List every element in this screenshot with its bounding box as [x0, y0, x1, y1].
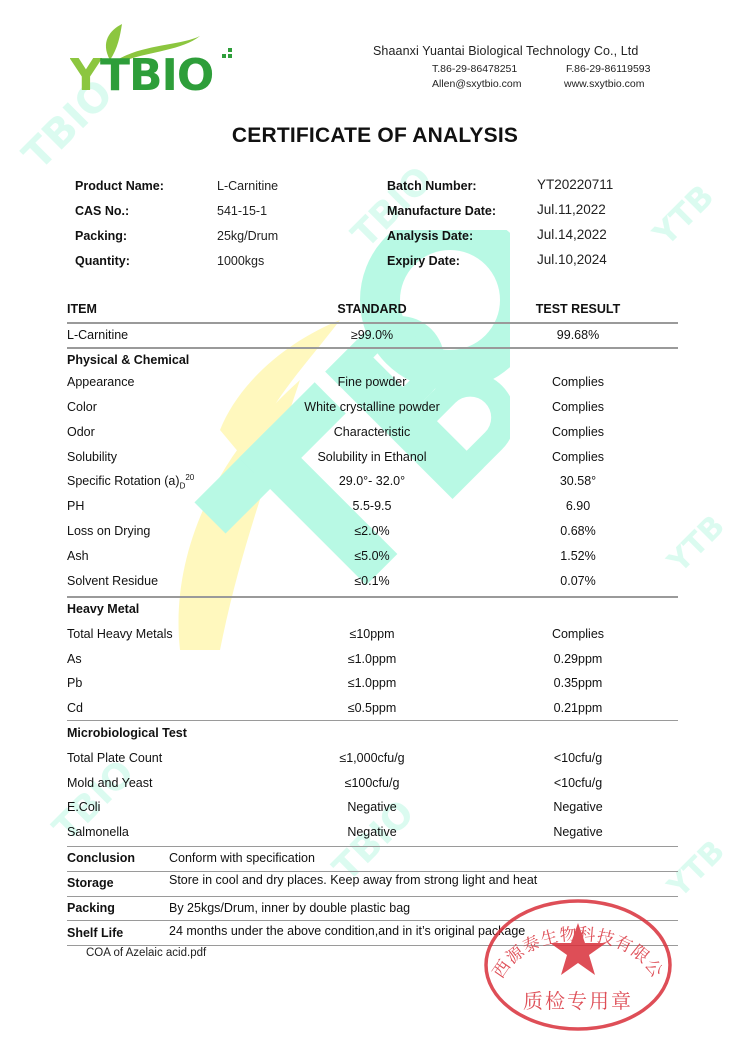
- conclusion-value: Conform with specification: [169, 851, 315, 865]
- cell-item: Mold and Yeast: [67, 776, 153, 790]
- table-row: ColorWhite crystalline powderComplies: [67, 400, 678, 425]
- cell-result: <10cfu/g: [497, 776, 659, 790]
- cell-item: As: [67, 652, 82, 666]
- attached-filename[interactable]: COA of Azelaic acid.pdf: [86, 947, 206, 959]
- cell-standard: Negative: [272, 800, 472, 814]
- cell-item: Cd: [67, 701, 83, 715]
- header-item: ITEM: [67, 302, 97, 316]
- cell-result: Complies: [497, 425, 659, 439]
- table-row: Loss on Drying≤2.0%0.68%: [67, 524, 678, 549]
- cell-item: Salmonella: [67, 825, 129, 839]
- cell-result: 99.68%: [497, 328, 659, 342]
- table-row: OdorCharacteristicComplies: [67, 425, 678, 450]
- table-rule: [67, 720, 678, 721]
- table-row: Ash≤5.0%1.52%: [67, 549, 678, 574]
- table-rule: [67, 846, 678, 847]
- table-rule: [67, 347, 678, 349]
- cell-result: Negative: [497, 800, 659, 814]
- table-row: Pb≤1.0ppm0.35ppm: [67, 676, 678, 701]
- stamp-inner-text: 质检专用章: [523, 989, 633, 1013]
- cell-result: Complies: [497, 627, 659, 641]
- cell-result: Negative: [497, 825, 659, 839]
- table-row: E.ColiNegativeNegative: [67, 800, 678, 825]
- section-heavy-metal: Heavy Metal: [67, 602, 139, 616]
- table-row: Total Heavy Metals≤10ppmComplies: [67, 627, 678, 652]
- cell-result: Complies: [497, 450, 659, 464]
- section-title: Microbiological Test: [67, 726, 678, 751]
- cell-item: Loss on Drying: [67, 524, 150, 538]
- cell-standard: ≤10ppm: [272, 627, 472, 641]
- cell-item: L-Carnitine: [67, 328, 128, 342]
- header-test-result: TEST RESULT: [497, 302, 659, 316]
- cell-item-text: Specific Rotation (a): [67, 474, 180, 488]
- storage-value: Store in cool and dry places. Keep away …: [169, 873, 537, 887]
- cell-standard: Fine powder: [272, 375, 472, 389]
- table-row: Total Plate Count≤1,000cfu/g<10cfu/g: [67, 751, 678, 776]
- cell-result: 30.58°: [497, 474, 659, 488]
- cell-item: Solubility: [67, 450, 117, 464]
- cell-result: 0.07%: [497, 574, 659, 588]
- table-rule: [67, 596, 678, 598]
- cell-standard: Characteristic: [272, 425, 472, 439]
- packing-footer-label: Packing: [67, 901, 115, 915]
- cell-item: Pb: [67, 676, 82, 690]
- cell-result: 0.29ppm: [497, 652, 659, 666]
- cell-item: Specific Rotation (a)D20: [67, 474, 194, 488]
- svg-text:陕西源泰生物科技有限公司: 陕西源泰生物科技有限公司: [478, 893, 667, 982]
- cell-item: Total Plate Count: [67, 751, 162, 765]
- cell-item: Total Heavy Metals: [67, 627, 173, 641]
- cell-item: E.Coli: [67, 800, 100, 814]
- star-icon: [550, 923, 606, 975]
- cell-standard: 29.0°- 32.0°: [272, 474, 472, 488]
- cell-result: Complies: [497, 400, 659, 414]
- cell-result: 0.21ppm: [497, 701, 659, 715]
- shelf-life-value: 24 months under the above condition,and …: [169, 924, 525, 938]
- cell-standard: ≤100cfu/g: [272, 776, 472, 790]
- cell-standard: ≤2.0%: [272, 524, 472, 538]
- cell-standard: Negative: [272, 825, 472, 839]
- cell-result: 1.52%: [497, 549, 659, 563]
- cell-result: Complies: [497, 375, 659, 389]
- table-row: Specific Rotation (a)D2029.0°- 32.0°30.5…: [67, 474, 678, 499]
- shelf-life-label: Shelf Life: [67, 926, 123, 940]
- cell-item: Solvent Residue: [67, 574, 158, 588]
- cell-result: 6.90: [497, 499, 659, 513]
- table-row: AppearanceFine powderComplies: [67, 375, 678, 400]
- cell-standard: ≤1,000cfu/g: [272, 751, 472, 765]
- cell-item-subscript: D: [180, 482, 186, 491]
- cell-standard: Solubility in Ethanol: [272, 450, 472, 464]
- table-row-assay: L-Carnitine ≥99.0% 99.68%: [67, 328, 678, 353]
- cell-standard: ≥99.0%: [272, 328, 472, 342]
- cell-item: Color: [67, 400, 97, 414]
- cell-standard: ≤1.0ppm: [272, 652, 472, 666]
- cell-item: Appearance: [67, 375, 134, 389]
- cell-item: Odor: [67, 425, 95, 439]
- table-rule: [67, 871, 678, 872]
- table-rule: [67, 322, 678, 324]
- cell-standard: ≤1.0ppm: [272, 676, 472, 690]
- table-row: As≤1.0ppm0.29ppm: [67, 652, 678, 677]
- cell-item: PH: [67, 499, 84, 513]
- cell-standard: White crystalline powder: [272, 400, 472, 414]
- storage-label: Storage: [67, 876, 114, 890]
- cell-standard: ≤0.5ppm: [272, 701, 472, 715]
- cell-standard: ≤5.0%: [272, 549, 472, 563]
- section-microbiological: Microbiological Test: [67, 726, 187, 740]
- table-row: PH5.5-9.56.90: [67, 499, 678, 524]
- cell-standard: ≤0.1%: [272, 574, 472, 588]
- cell-item-superscript: 20: [185, 473, 194, 482]
- cell-item: Ash: [67, 549, 89, 563]
- table-row: SolubilitySolubility in EthanolComplies: [67, 450, 678, 475]
- cell-result: <10cfu/g: [497, 751, 659, 765]
- table-row: Mold and Yeast≤100cfu/g<10cfu/g: [67, 776, 678, 801]
- conclusion-label: Conclusion: [67, 851, 135, 865]
- table-row: Cd≤0.5ppm0.21ppm: [67, 701, 678, 726]
- cell-result: 0.35ppm: [497, 676, 659, 690]
- stamp-outer-text: 陕西源泰生物科技有限公司: [478, 893, 667, 982]
- cell-result: 0.68%: [497, 524, 659, 538]
- official-seal-stamp: 陕西源泰生物科技有限公司 质检专用章: [478, 893, 678, 1033]
- header-standard: STANDARD: [272, 302, 472, 316]
- packing-footer-value: By 25kgs/Drum, inner by double plastic b…: [169, 901, 410, 915]
- section-physical-chemical: Physical & Chemical: [67, 353, 189, 367]
- section-title: Heavy Metal: [67, 602, 678, 627]
- cell-standard: 5.5-9.5: [272, 499, 472, 513]
